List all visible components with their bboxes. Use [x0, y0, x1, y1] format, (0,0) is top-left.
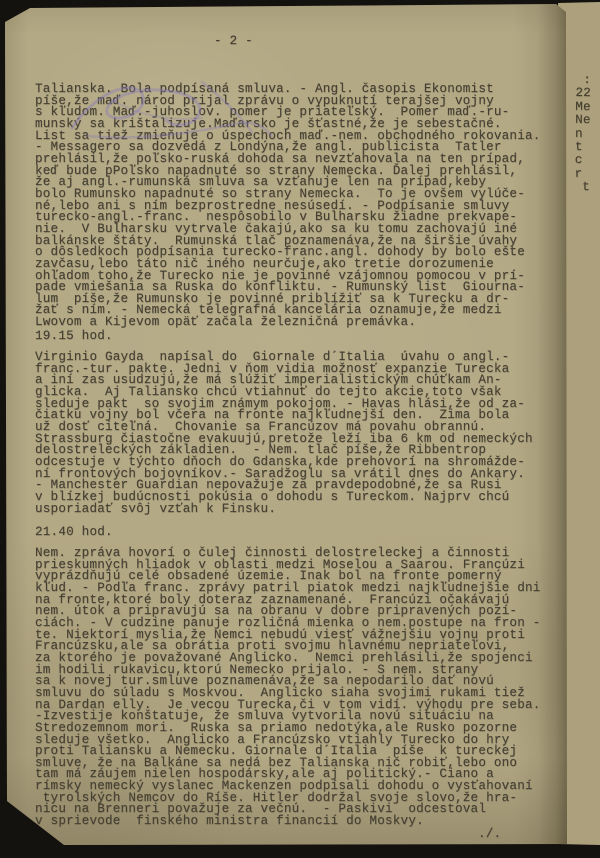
page-number: - 2 - — [214, 36, 334, 48]
page-fragment-text: : 22 Me Ne n t c r t — [574, 74, 591, 195]
continuation-mark: ./. — [478, 829, 558, 841]
document-scan: : 22 Me Ne n t c r t - 2 - Talianska. Bo… — [0, 0, 600, 858]
time-heading-1915: 19.15 hod. — [35, 331, 563, 343]
typewritten-page: - 2 - Talianska. Bola podpísaná smluva. … — [0, 0, 570, 858]
report-paragraph-3: Nem. zpráva hovorí o čulej činnosti delo… — [35, 548, 563, 828]
time-heading-2140: 21.40 hod. — [35, 527, 563, 539]
report-paragraph-2: Virginio Gayda napísal do Giornale d´Ita… — [35, 352, 563, 515]
report-paragraph-1: Talianska. Bola podpísaná smluva. - Angl… — [35, 84, 563, 329]
